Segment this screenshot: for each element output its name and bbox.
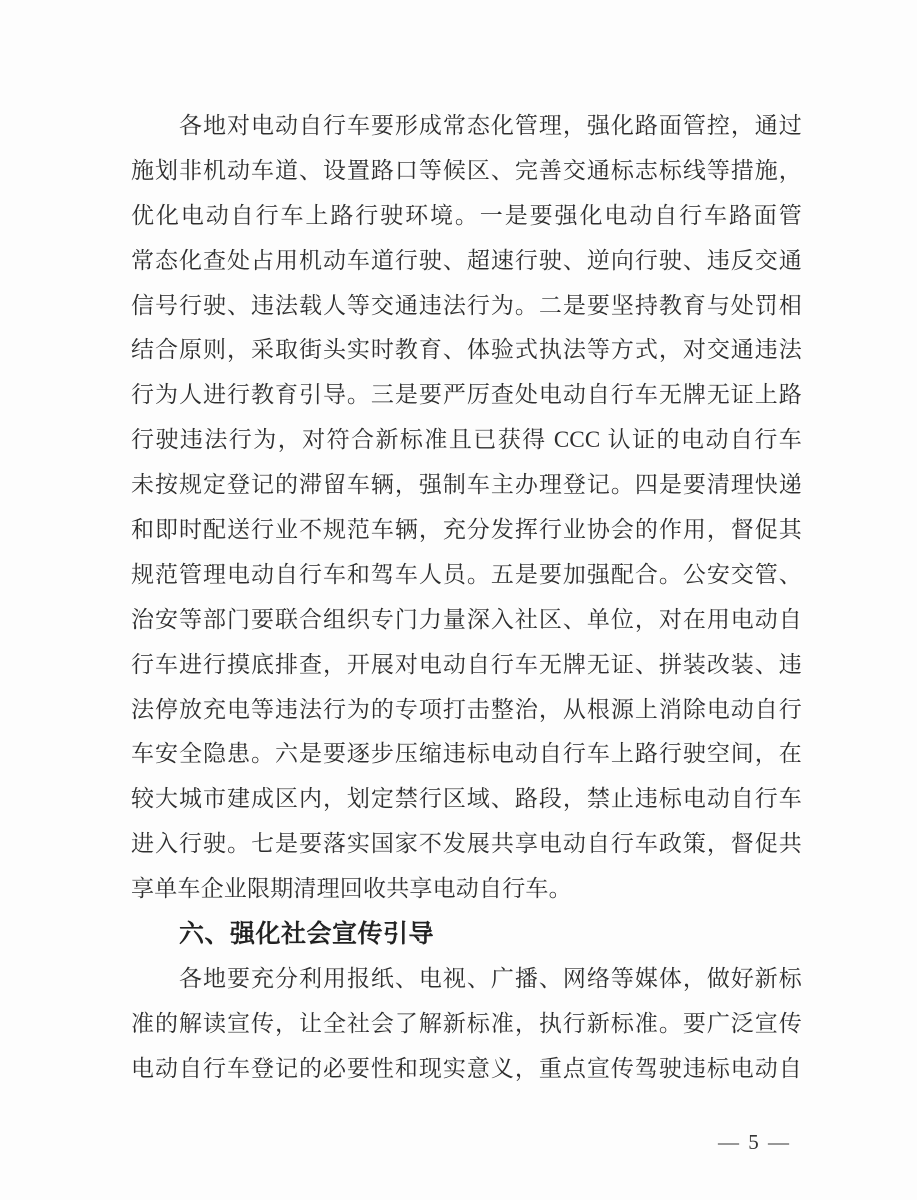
body-line: 治安等部门要联合组织专门力量深入社区、单位，对在用电动自 [131, 598, 802, 643]
body-line: 行车进行摸底排查，开展对电动自行车无牌无证、拼装改装、违 [131, 643, 802, 688]
body-line: 享单车企业限期清理回收共享电动自行车。 [131, 867, 802, 912]
body-line: 法停放充电等违法行为的专项打击整治，从根源上消除电动自行 [131, 688, 802, 733]
body-line: 行为人进行教育引导。三是要严厉查处电动自行车无牌无证上路 [131, 373, 802, 418]
body-line: 结合原则，采取街头实时教育、体验式执法等方式，对交通违法 [131, 328, 802, 373]
body-line: 较大城市建成区内，划定禁行区域、路段，禁止违标电动自行车 [131, 777, 802, 822]
page-number: — 5 — [718, 1130, 791, 1155]
body-line: 进入行驶。七是要落实国家不发展共享电动自行车政策，督促共 [131, 822, 802, 867]
body-line: 各地要充分利用报纸、电视、广播、网络等媒体，做好新标 [131, 957, 802, 1002]
body-line: 优化电动自行车上路行驶环境。一是要强化电动自行车路面管理， [131, 194, 802, 239]
body-line: 常态化查处占用机动车道行驶、超速行驶、逆向行驶、违反交通 [131, 239, 802, 284]
body-line: 未按规定登记的滞留车辆，强制车主办理登记。四是要清理快递 [131, 463, 802, 508]
body-line: 车安全隐患。六是要逐步压缩违标电动自行车上路行驶空间，在 [131, 732, 802, 777]
body-line: 电动自行车登记的必要性和现实意义，重点宣传驾驶违标电动自 [131, 1047, 802, 1092]
body-line: 信号行驶、违法载人等交通违法行为。二是要坚持教育与处罚相 [131, 284, 802, 329]
body-text-block: 各地对电动自行车要形成常态化管理，强化路面管控，通过 施划非机动车道、设置路口等… [131, 104, 802, 1092]
body-line: 施划非机动车道、设置路口等候区、完善交通标志标线等措施， [131, 149, 802, 194]
body-line: 行驶违法行为，对符合新标准且已获得 CCC 认证的电动自行车 [131, 418, 802, 463]
document-page: 各地对电动自行车要形成常态化管理，强化路面管控，通过 施划非机动车道、设置路口等… [0, 0, 917, 1200]
body-line: 准的解读宣传，让全社会了解新标准，执行新标准。要广泛宣传 [131, 1002, 802, 1047]
body-line: 规范管理电动自行车和驾车人员。五是要加强配合。公安交管、 [131, 553, 802, 598]
section-heading: 六、强化社会宣传引导 [131, 912, 802, 957]
body-line: 各地对电动自行车要形成常态化管理，强化路面管控，通过 [131, 104, 802, 149]
body-line: 和即时配送行业不规范车辆，充分发挥行业协会的作用，督促其 [131, 508, 802, 553]
